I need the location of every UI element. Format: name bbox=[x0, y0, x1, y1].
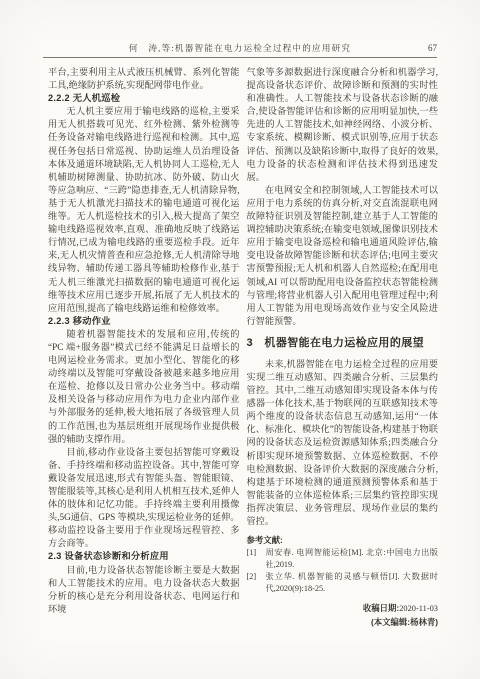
paragraph-platform-continuation: 平台,主要利用主从式液压机械臂、系列化智能工具,绝缘防护系统,实现配网带电作业。 bbox=[48, 66, 240, 92]
journal-page: 何 涛,等:机器智能在电力运检全过程中的应用研究 67 平台,主要利用主从式液压… bbox=[0, 0, 480, 679]
reference-index: [2] bbox=[247, 571, 262, 594]
section-heading-3: 3 机器智能在电力运检应用的展望 bbox=[247, 336, 439, 350]
received-date-value: 2020-11-03 bbox=[399, 604, 438, 613]
page-number: 67 bbox=[428, 42, 437, 55]
paragraph-mobile-work-1: 随着机器智能技术的发展和应用,传统的“PC 端+服务器”模式已经不能满足日益增长… bbox=[48, 328, 240, 446]
page-header: 何 涛,等:机器智能在电力运检全过程中的应用研究 67 bbox=[43, 42, 437, 58]
paragraph-mobile-work-2: 目前,移动作业设备主要包括智能可穿戴设备、手持终端和移动监控设备。其中,智能可穿… bbox=[48, 446, 240, 551]
reference-item: [2] 张立华. 机器智能的灵感与顿悟[J]. 大数据时代,2020(9):18… bbox=[247, 571, 439, 594]
reference-index: [1] bbox=[247, 547, 262, 570]
two-column-body: 平台,主要利用主从式液压机械臂、系列化智能工具,绝缘防护系统,实现配网带电作业。… bbox=[48, 66, 438, 628]
paragraph-weather-continuation: 气象等多源数据进行深度融合分析和机器学习,提高设备状态评价、故障诊断和预测的实时… bbox=[247, 66, 439, 184]
reference-text: 张立华. 机器智能的灵感与顿悟[J]. 大数据时代,2020(9):18-25. bbox=[262, 571, 439, 594]
reference-item: [1] 周安春. 电网智能运检[M]. 北京:中国电力出版社,2019. bbox=[247, 547, 439, 570]
received-date-label: 收稿日期: bbox=[363, 603, 399, 613]
paragraph-diagnosis: 目前,电力设备状态智能诊断主要是大数据和人工智能技术的应用。电力设备状态大数据分… bbox=[48, 564, 240, 616]
paragraph-grid-safety: 在电网安全和控制领域,人工智能技术可以应用于电力系统的仿真分析,对交直流混联电网… bbox=[247, 184, 439, 328]
references-label: 参考文献: bbox=[247, 534, 439, 546]
paragraph-uav-inspection: 无人机主要应用于输电线路的巡检,主要采用无人机搭载可见光、红外检测、紫外检测等任… bbox=[48, 105, 240, 315]
received-date-line: 收稿日期:2020-11-03 bbox=[247, 602, 439, 616]
reference-text: 周安春. 电网智能运检[M]. 北京:中国电力出版社,2019. bbox=[262, 547, 439, 570]
subheading-2-2-2: 2.2.2 无人机巡检 bbox=[48, 92, 240, 105]
left-column: 平台,主要利用主从式液压机械臂、系列化智能工具,绝缘防护系统,实现配网带电作业。… bbox=[48, 66, 240, 628]
subheading-2-3: 2.3 设备状态诊断和分析应用 bbox=[48, 550, 240, 563]
editor-note: (本文编辑:杨林青) bbox=[247, 616, 439, 629]
running-title: 何 涛,等:机器智能在电力运检全过程中的应用研究 bbox=[43, 42, 437, 55]
paragraph-future-outlook: 未来,机器智能在电力运检全过程的应用要实现二维互动感知、四类融合分析、三层集约管… bbox=[247, 358, 439, 528]
subheading-2-2-3: 2.2.3 移动作业 bbox=[48, 315, 240, 328]
right-column: 气象等多源数据进行深度融合分析和机器学习,提高设备状态评价、故障诊断和预测的实时… bbox=[247, 66, 439, 628]
